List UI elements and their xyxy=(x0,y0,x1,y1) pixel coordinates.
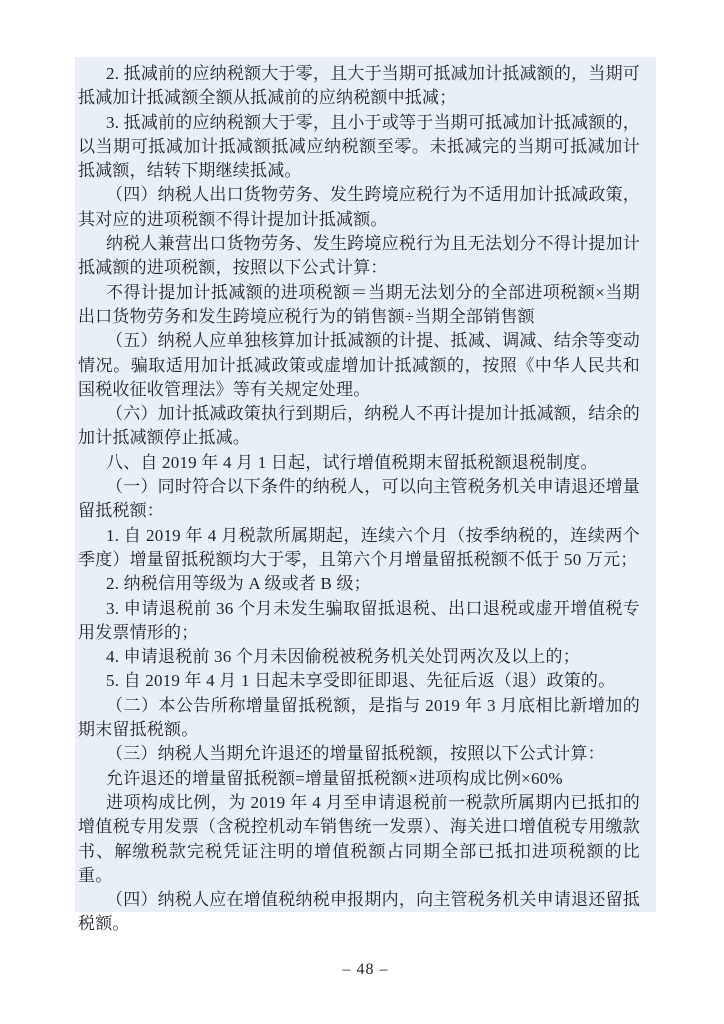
paragraph: （二）本公告所称增量留抵税额，是指与 2019 年 3 月底相比新增加的期末留抵… xyxy=(78,694,640,743)
paragraph: （四）纳税人应在增值税纳税申报期内，向主管税务机关申请退还留抵税额。 xyxy=(78,888,640,937)
paragraph: （五）纳税人应单独核算加计抵减额的计提、抵减、调减、结余等变动情况。骗取适用加计… xyxy=(78,329,640,402)
paragraph: （一）同时符合以下条件的纳税人，可以向主管税务机关申请退还增量留抵税额： xyxy=(78,475,640,524)
paragraph: 1. 自 2019 年 4 月税款所属期起，连续六个月（按季纳税的，连续两个季度… xyxy=(78,524,640,573)
document-text-block: 2. 抵减前的应纳税额大于零，且大于当期可抵减加计抵减额的，当期可抵减加计抵减额… xyxy=(75,57,656,912)
paragraph: 2. 纳税信用等级为 A 级或者 B 级； xyxy=(78,572,640,596)
paragraph: 4. 申请退税前 36 个月未因偷税被税务机关处罚两次及以上的； xyxy=(78,645,640,669)
page-number: – 48 – xyxy=(75,961,656,979)
paragraph: 3. 申请退税前 36 个月未发生骗取留抵退税、出口退税或虚开增值税专用发票情形… xyxy=(78,597,640,646)
paragraph: 纳税人兼营出口货物劳务、发生跨境应税行为且无法划分不得计提加计抵减额的进项税额，… xyxy=(78,232,640,281)
paragraph: 进项构成比例，为 2019 年 4 月至申请退税前一税款所属期内已抵扣的增值税专… xyxy=(78,791,640,888)
paragraph-section-8: 八、自 2019 年 4 月 1 日起，试行增值税期末留抵税额退税制度。 xyxy=(78,451,640,475)
document-page: 2. 抵减前的应纳税额大于零，且大于当期可抵减加计抵减额的，当期可抵减加计抵减额… xyxy=(0,0,724,1024)
paragraph: （六）加计抵减政策执行到期后，纳税人不再计提加计抵减额，结余的加计抵减额停止抵减… xyxy=(78,402,640,451)
paragraph: 3. 抵减前的应纳税额大于零，且小于或等于当期可抵减加计抵减额的，以当期可抵减加… xyxy=(78,111,640,184)
paragraph-formula: 允许退还的增量留抵税额=增量留抵税额×进项构成比例×60% xyxy=(78,767,640,791)
paragraph: 5. 自 2019 年 4 月 1 日起未享受即征即退、先征后返（退）政策的。 xyxy=(78,669,640,693)
paragraph: 2. 抵减前的应纳税额大于零，且大于当期可抵减加计抵减额的，当期可抵减加计抵减额… xyxy=(78,62,640,111)
paragraph: （四）纳税人出口货物劳务、发生跨境应税行为不适用加计抵减政策，其对应的进项税额不… xyxy=(78,183,640,232)
paragraph-formula: 不得计提加计抵减额的进项税额＝当期无法划分的全部进项税额×当期出口货物劳务和发生… xyxy=(78,281,640,330)
paragraph: （三）纳税人当期允许退还的增量留抵税额，按照以下公式计算： xyxy=(78,742,640,766)
